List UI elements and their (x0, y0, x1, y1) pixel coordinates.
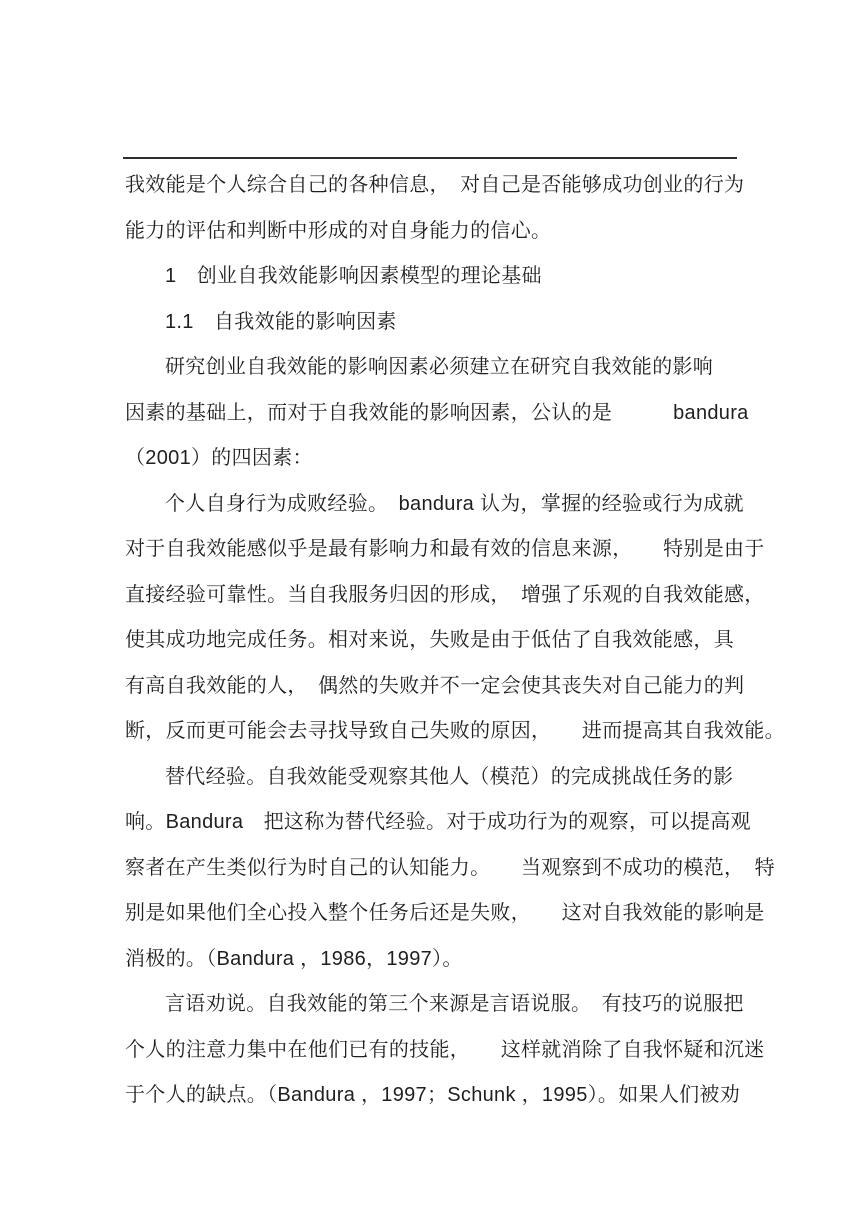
text-line: 消极的。（Bandura ，1986，1997）。 (125, 937, 745, 983)
text-line: 替代经验。自我效能受观察其他人（模范）的完成挑战任务的影 (125, 755, 745, 801)
heading-line: 1.1 自我效能的影响因素 (125, 300, 745, 346)
document-page: 我效能是个人综合自己的各种信息， 对自己是否能够成功创业的行为能力的评估和判断中… (0, 0, 860, 1218)
text-line: 对于自我效能感似乎是最有影响力和最有效的信息来源， 特别是由于 (125, 527, 745, 573)
text-line: 能力的评估和判断中形成的对自身能力的信心。 (125, 209, 745, 255)
text-line: 响。Bandura 把这称为替代经验。对于成功行为的观察，可以提高观 (125, 800, 745, 846)
top-rule (123, 157, 737, 159)
text-line: 言语劝说。自我效能的第三个来源是言语说服。 有技巧的说服把 (125, 982, 745, 1028)
heading-line: 1 创业自我效能影响因素模型的理论基础 (125, 254, 745, 300)
text-line: 因素的基础上，而对于自我效能的影响因素，公认的是 bandura (125, 391, 745, 437)
text-line: 于个人的缺点。（Bandura ，1997；Schunk ，1995）。如果人们… (125, 1073, 745, 1119)
text-line: 有高自我效能的人， 偶然的失败并不一定会使其丧失对自己能力的判 (125, 664, 745, 710)
text-block: 我效能是个人综合自己的各种信息， 对自己是否能够成功创业的行为能力的评估和判断中… (125, 163, 745, 1119)
text-line: 察者在产生类似行为时自己的认知能力。 当观察到不成功的模范， 特 (125, 846, 745, 892)
text-line: 使其成功地完成任务。相对来说，失败是由于低估了自我效能感，具 (125, 618, 745, 664)
text-line: 研究创业自我效能的影响因素必须建立在研究自我效能的影响 (125, 345, 745, 391)
text-line: （2001）的四因素： (125, 436, 745, 482)
text-line: 我效能是个人综合自己的各种信息， 对自己是否能够成功创业的行为 (125, 163, 745, 209)
text-line: 别是如果他们全心投入整个任务后还是失败， 这对自我效能的影响是 (125, 891, 745, 937)
text-line: 个人的注意力集中在他们已有的技能， 这样就消除了自我怀疑和沉迷 (125, 1028, 745, 1074)
text-line: 个人自身行为成败经验。 bandura 认为，掌握的经验或行为成就 (125, 482, 745, 528)
text-line: 断，反而更可能会去寻找导致自己失败的原因， 进而提高其自我效能。 (125, 709, 745, 755)
text-line: 直接经验可靠性。当自我服务归因的形成， 增强了乐观的自我效能感， (125, 573, 745, 619)
